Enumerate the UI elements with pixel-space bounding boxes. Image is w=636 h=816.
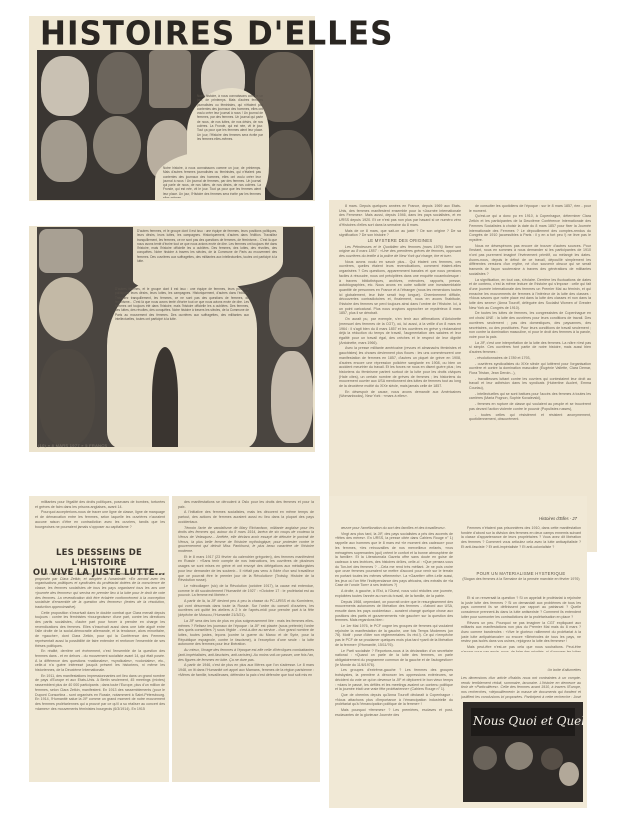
portrait-photo	[97, 52, 142, 114]
paragraph: A la conférence de 1910 donc, la Journée…	[35, 572, 165, 610]
paragraph: La signification, en tout cas, s'éclaire…	[469, 278, 591, 311]
article-intro: militantes pour l'égalité des droits pol…	[35, 500, 165, 544]
paragraph: Les Pétroleuses et le Quotidien des femm…	[339, 245, 461, 259]
inner-photo-collage: D'autres femmes, et le groupe dont il es…	[37, 227, 313, 447]
paragraph: Que de chemins depuis qu'Anna Touroff dé…	[335, 693, 453, 707]
paragraph: œuvre pour l'amélioration du sort des fa…	[335, 526, 453, 531]
portrait-photo	[269, 277, 313, 347]
article-column-2: des manifestations se déroulent à Oslo p…	[178, 500, 314, 778]
portrait-photo	[271, 351, 313, 443]
paragraph: Au mieux, l'image des femmes à l'époque …	[178, 648, 314, 662]
page-folio: Histoires d'Elles - 27	[539, 516, 577, 521]
list-item: - révolutionnaires de 1789 et 1793,	[469, 356, 591, 361]
paragraph: A l'initiative des femmes socialistes, m…	[178, 510, 314, 524]
face	[559, 762, 579, 786]
list-item: - travailleuses luttant contre les ouvri…	[469, 377, 591, 391]
article-signature: Un boite d'allumettes	[461, 668, 581, 674]
portrait-photo	[41, 56, 89, 116]
portrait-photo	[149, 50, 191, 108]
list-item: - femmes en rupture de classe qui voulai…	[469, 402, 591, 411]
paragraph: Les groupes d'extrême-gauche ? Les femme…	[335, 668, 453, 692]
paragraph: Mais pourquoi «femmes» ? Les premières, …	[335, 708, 453, 717]
paragraph: En 1911, des manifestations impressionna…	[35, 674, 165, 712]
face	[473, 746, 497, 770]
paragraph: Rêvons un peu. Pourquoi ne pas imaginer …	[461, 621, 581, 645]
paragraph: Le 1er Mai 1976, le PCF cogne les groupe…	[335, 624, 453, 648]
paragraph: Qu'est-ce qui a donc pu en 1910, à Copen…	[469, 214, 591, 242]
paragraph: De toutes les luttes de femmes, les cong…	[469, 311, 591, 339]
section-subhead: POUR UN MATERIALISME HYSTERIQUE	[461, 572, 581, 577]
collage-body-text: D'autres femmes, et le groupe dont il es…	[137, 229, 277, 285]
collage-body-text-2: D'autres femmes, et le groupe dont il es…	[115, 287, 249, 445]
page-4-scan: Histoires d'Elles - 27 œuvre pour l'amél…	[329, 496, 587, 808]
banner-slogan: Nous Quoi et Quelles Veulent	[473, 714, 583, 728]
heading-line-1: LES DESSEINS DE L'HISTOIRE	[29, 548, 169, 568]
paragraph: En réalité, derrière cet événement, c'es…	[35, 649, 165, 673]
portrait-photo	[39, 349, 95, 445]
paragraph: La JIF sera des lors de plus en plus soi…	[178, 619, 314, 647]
paragraph: Et si on renversait la question ? Si on …	[461, 596, 581, 620]
paragraph: Témoin l'acte de vandalisme de Mary Rich…	[178, 526, 314, 554]
cover-photo-collage: Notre histoire, à nous connaissons comme…	[37, 50, 313, 200]
engraving-photo	[39, 277, 93, 341]
page-3-right-scan: des manifestations se déroulent à Oslo p…	[172, 496, 320, 782]
paragraph: Et le 8 mars 1917 (23 février du calendr…	[178, 555, 314, 583]
article-column-2b: Et si on renversait la question ? Si on …	[461, 596, 581, 652]
list-item: - toutes celles qui résistèrent et résis…	[469, 413, 591, 422]
paragraph: Le «décollage» (sic) de la Révolution (o…	[178, 584, 314, 598]
portrait-photo	[41, 120, 87, 182]
paragraph: On aurait pu, par exemple, s'en tenir au…	[339, 317, 461, 345]
paragraph: Depuis 1968, cependant, on pourrait croi…	[335, 600, 453, 624]
paragraph: Vingt ans plus tard, la JIF, des pays so…	[335, 532, 453, 588]
paragraph: Le Parti socialiste ? Reportons-nous à l…	[335, 649, 453, 668]
section-subhead-block: POUR UN MATERIALISME HYSTERIQUE (Slogan …	[461, 572, 581, 592]
paragraph: Mais de ce 8 mars, que sait-on au juste …	[339, 229, 461, 238]
paragraph: Nous avons voulu en savoir plus... Qui é…	[339, 260, 461, 316]
collage-body-text-2: Notre histoire, à nous connaissons comme…	[163, 166, 261, 198]
list-item: - intellectuelles qui se sont battues po…	[469, 392, 591, 401]
list-item: - ouvrières syndicalistes du XIXe siècle…	[469, 362, 591, 376]
paragraph: de consulter les quotidiens de l'époque …	[469, 204, 591, 213]
paragraph: militantes pour l'égalité des droits pol…	[35, 500, 165, 509]
subhead-note: (Slogan des femmes à la Semaine de la pe…	[461, 577, 581, 582]
paragraph: 8 mars. Depuis quelques années en France…	[339, 204, 461, 228]
paragraph: A partir de 1946, c'est de plus en plus …	[178, 663, 314, 677]
paragraph: Avec la presse militante américaine (rev…	[339, 346, 461, 388]
crowd-photo	[93, 116, 141, 174]
veiled-woman-photo	[39, 229, 83, 273]
paragraph: A partir de là, la JIF devient peu à peu…	[178, 599, 314, 618]
page-3-left-scan: militantes pour l'égalité des droits pol…	[29, 496, 169, 782]
credits-note: Les dimensions d'un article d'habits nou…	[461, 676, 581, 700]
masthead-title: HISTOIRES D'ELLES	[40, 15, 393, 53]
article-column-1: A la conférence de 1910 donc, la Journée…	[35, 572, 165, 778]
paragraph: Nous ne désespérons pas encore de trouve…	[469, 244, 591, 277]
paragraph: Pourquoi accepterions-nous de tracer une…	[35, 510, 165, 529]
portrait-photo	[262, 130, 312, 198]
face	[505, 742, 533, 770]
paragraph: Mais peut-être n'est-ce pas cela que nou…	[461, 645, 581, 652]
article-column-2: Femmes n'étaient pas prisonnières des 19…	[461, 526, 581, 568]
paragraph: A droite, à gauche, à l'Est, à l'Ouest, …	[335, 589, 453, 598]
paragraph: Cette proposition s'inscrivait dans le d…	[35, 611, 165, 649]
section-subhead: LE MYSTERE DES ORIGINES	[339, 239, 461, 244]
issue-caption: (10) » 8 MARS 1977 » 5 FRANCS	[38, 443, 107, 448]
demonstration-photo: Nous Quoi et Quelles Veulent	[463, 702, 583, 802]
paragraph: des manifestations se déroulent à Oslo p…	[178, 500, 314, 509]
paragraph: En désespoir de cause, nous avons demand…	[339, 390, 461, 399]
paragraph: La JIF, c'est une interprétation de la l…	[469, 341, 591, 355]
paragraph: Femmes n'étaient pas prisonnières des 19…	[461, 526, 581, 550]
article-column-1: œuvre pour l'amélioration du sort des fa…	[335, 526, 453, 804]
